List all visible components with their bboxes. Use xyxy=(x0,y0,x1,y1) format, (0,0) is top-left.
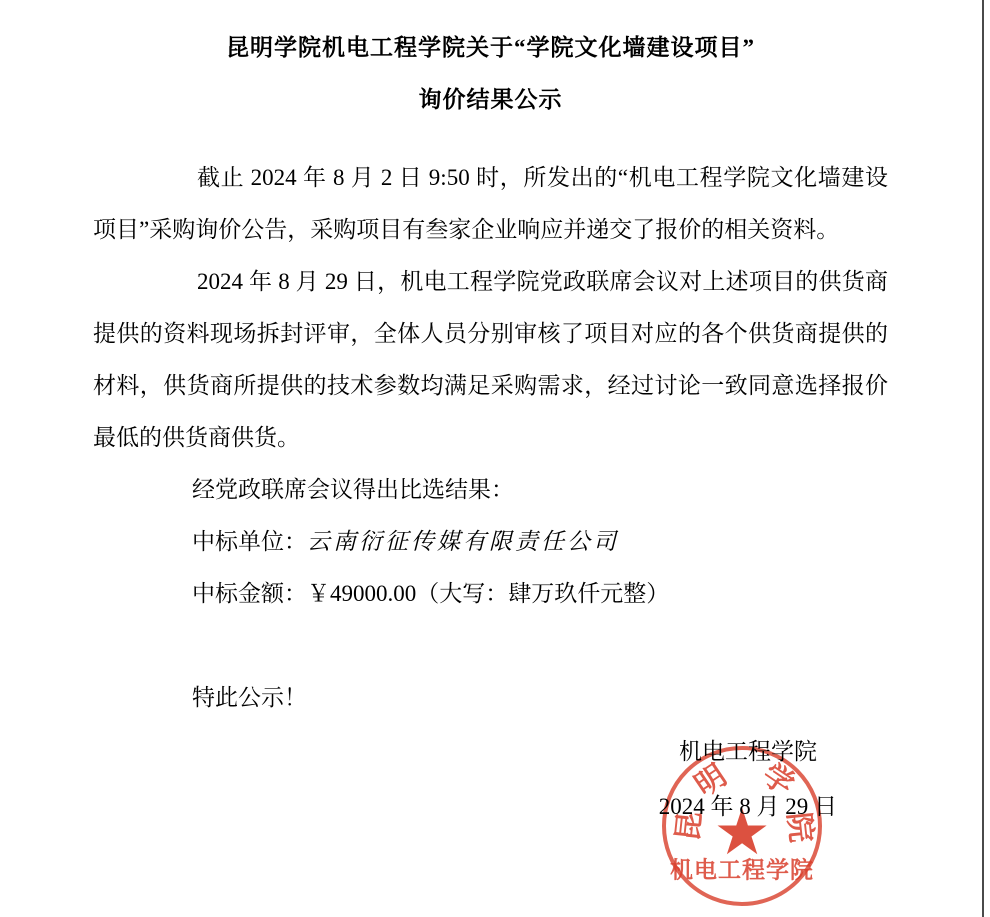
doc-title-line1: 昆明学院机电工程学院关于“学院文化墙建设项目” xyxy=(93,22,888,74)
signature-block: 机电工程学院 2024 年 8 月 29 日 xyxy=(93,724,888,834)
winner-label: 中标单位： xyxy=(192,529,307,554)
doc-title-line2: 询价结果公示 xyxy=(93,74,888,126)
paragraph-result-intro: 经党政联席会议得出比选结果： xyxy=(93,464,888,516)
signature-date: 2024 年 8 月 29 日 xyxy=(93,779,888,834)
amount-value: ￥49000.00（大写：肆万玖仟元整） xyxy=(307,581,669,606)
seal-inner-text: 机电工程学院 xyxy=(670,852,814,885)
page-edge-line xyxy=(982,0,984,917)
doc-body: 截止 2024 年 8 月 2 日 9:50 时，所发出的“机电工程学院文化墙建… xyxy=(93,152,888,834)
amount-label: 中标金额： xyxy=(192,581,307,606)
document-page: 昆 明 学 院 ★ 机电工程学院 昆明学院机电工程学院关于“学院文化墙建设项目”… xyxy=(0,0,990,917)
paragraph-review: 2024 年 8 月 29 日，机电工程学院党政联席会议对上述项目的供货商提供的… xyxy=(93,256,888,464)
amount-line: 中标金额：￥49000.00（大写：肆万玖仟元整） xyxy=(93,568,888,620)
document-content: 昆明学院机电工程学院关于“学院文化墙建设项目” 询价结果公示 截止 2024 年… xyxy=(93,22,888,834)
paragraph-deadline: 截止 2024 年 8 月 2 日 9:50 时，所发出的“机电工程学院文化墙建… xyxy=(93,152,888,256)
winner-name: 云南衍征传媒有限责任公司 xyxy=(307,529,619,554)
signature-name: 机电工程学院 xyxy=(93,724,888,779)
closing-line: 特此公示！ xyxy=(93,672,888,724)
blank-line xyxy=(93,620,888,672)
doc-title: 昆明学院机电工程学院关于“学院文化墙建设项目” 询价结果公示 xyxy=(93,22,888,126)
winner-line: 中标单位：云南衍征传媒有限责任公司 xyxy=(93,516,888,568)
